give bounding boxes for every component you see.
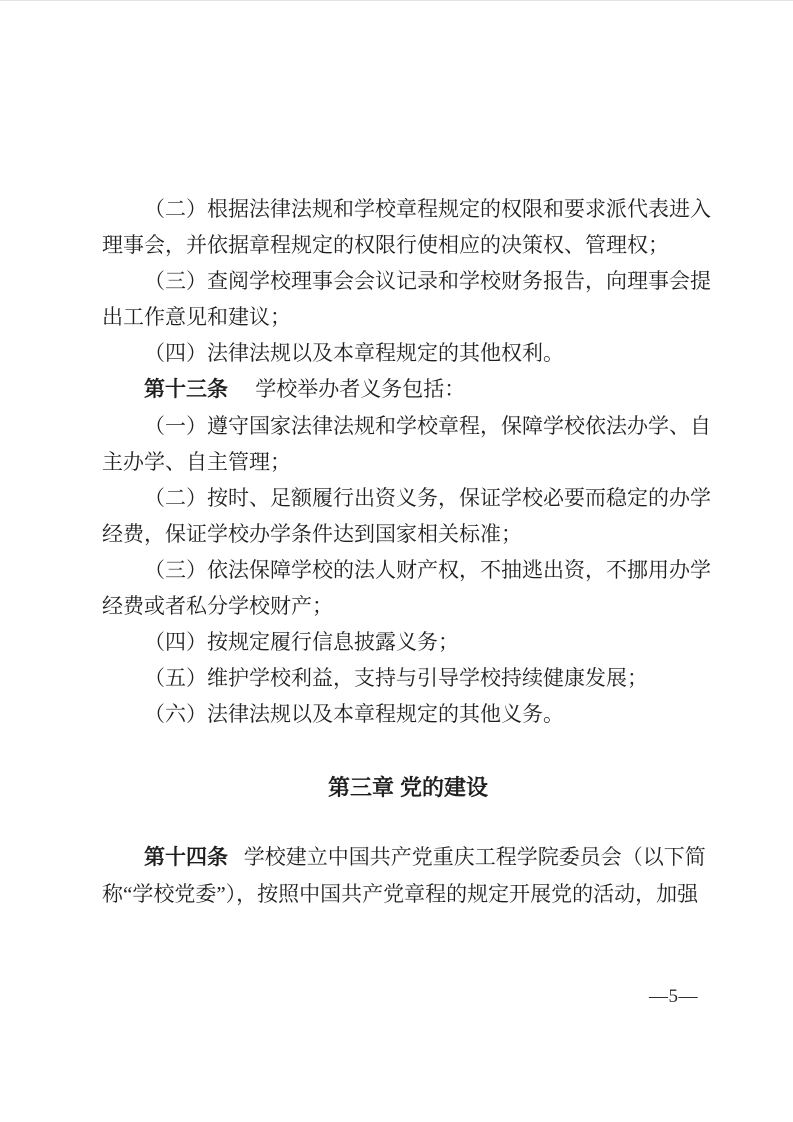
clause-paragraph: （二）按时、足额履行出资义务，保证学校必要而稳定的办学 经费，保证学校办学条件达…: [102, 480, 714, 552]
document-page: （二）根据法律法规和学校章程规定的权限和要求派代表进入 理事会，并依据章程规定的…: [0, 0, 793, 1122]
article-14-paragraph: 第十四条学校建立中国共产党重庆工程学院委员会（以下简 称“学校党委”），按照中国…: [102, 839, 714, 913]
text-line: （一）遵守国家法律法规和学校章程，保障学校依法办学、自: [102, 408, 714, 444]
text-line: （四）法律法规以及本章程规定的其他权利。: [102, 335, 714, 371]
text-line: （三）查阅学校理事会会议记录和学校财务报告，向理事会提: [102, 263, 714, 299]
text-line: 经费或者私分学校财产；: [102, 588, 714, 624]
text-line: 理事会，并依据章程规定的权限行使相应的决策权、管理权；: [102, 227, 714, 263]
document-body: （二）根据法律法规和学校章程规定的权限和要求派代表进入 理事会，并依据章程规定的…: [102, 191, 714, 732]
clause-paragraph: （一）遵守国家法律法规和学校章程，保障学校依法办学、自 主办学、自主管理；: [102, 408, 714, 480]
article-13-paragraph: 第十三条学校举办者义务包括：: [102, 371, 714, 408]
clause-paragraph: （三）查阅学校理事会会议记录和学校财务报告，向理事会提 出工作意见和建议；: [102, 263, 714, 335]
article-14-text: 学校建立中国共产党重庆工程学院委员会（以下简: [244, 845, 706, 869]
clause-paragraph: （六）法律法规以及本章程规定的其他义务。: [102, 696, 714, 732]
text-line: （四）按规定履行信息披露义务；: [102, 624, 714, 660]
clause-paragraph: （二）根据法律法规和学校章程规定的权限和要求派代表进入 理事会，并依据章程规定的…: [102, 191, 714, 263]
article-13-label: 第十三条: [144, 378, 228, 401]
text-line: 第十三条学校举办者义务包括：: [102, 371, 714, 408]
text-line: （六）法律法规以及本章程规定的其他义务。: [102, 696, 714, 732]
page-top-edge: [0, 0, 793, 1]
text-line: 第十四条学校建立中国共产党重庆工程学院委员会（以下简: [102, 839, 714, 876]
clause-paragraph: （五）维护学校利益，支持与引导学校持续健康发展；: [102, 660, 714, 696]
clause-paragraph: （四）按规定履行信息披露义务；: [102, 624, 714, 660]
text-line: 出工作意见和建议；: [102, 299, 714, 335]
text-line: 称“学校党委”），按照中国共产党章程的规定开展党的活动，加强: [102, 876, 714, 913]
clause-paragraph: （三）依法保障学校的法人财产权，不抽逃出资，不挪用办学 经费或者私分学校财产；: [102, 552, 714, 624]
chapter-heading: 第三章 党的建设: [102, 770, 714, 806]
text-line: （二）按时、足额履行出资义务，保证学校必要而稳定的办学: [102, 480, 714, 516]
text-line: （五）维护学校利益，支持与引导学校持续健康发展；: [102, 660, 714, 696]
clause-paragraph: （四）法律法规以及本章程规定的其他权利。: [102, 335, 714, 371]
text-line: （二）根据法律法规和学校章程规定的权限和要求派代表进入: [102, 191, 714, 227]
text-line: 主办学、自主管理；: [102, 444, 714, 480]
article-14-label: 第十四条: [144, 846, 228, 869]
text-line: 经费，保证学校办学条件达到国家相关标准；: [102, 516, 714, 552]
article-13-text: 学校举办者义务包括：: [255, 377, 465, 401]
text-line: （三）依法保障学校的法人财产权，不抽逃出资，不挪用办学: [102, 552, 714, 588]
page-number: —5—: [649, 985, 698, 1009]
